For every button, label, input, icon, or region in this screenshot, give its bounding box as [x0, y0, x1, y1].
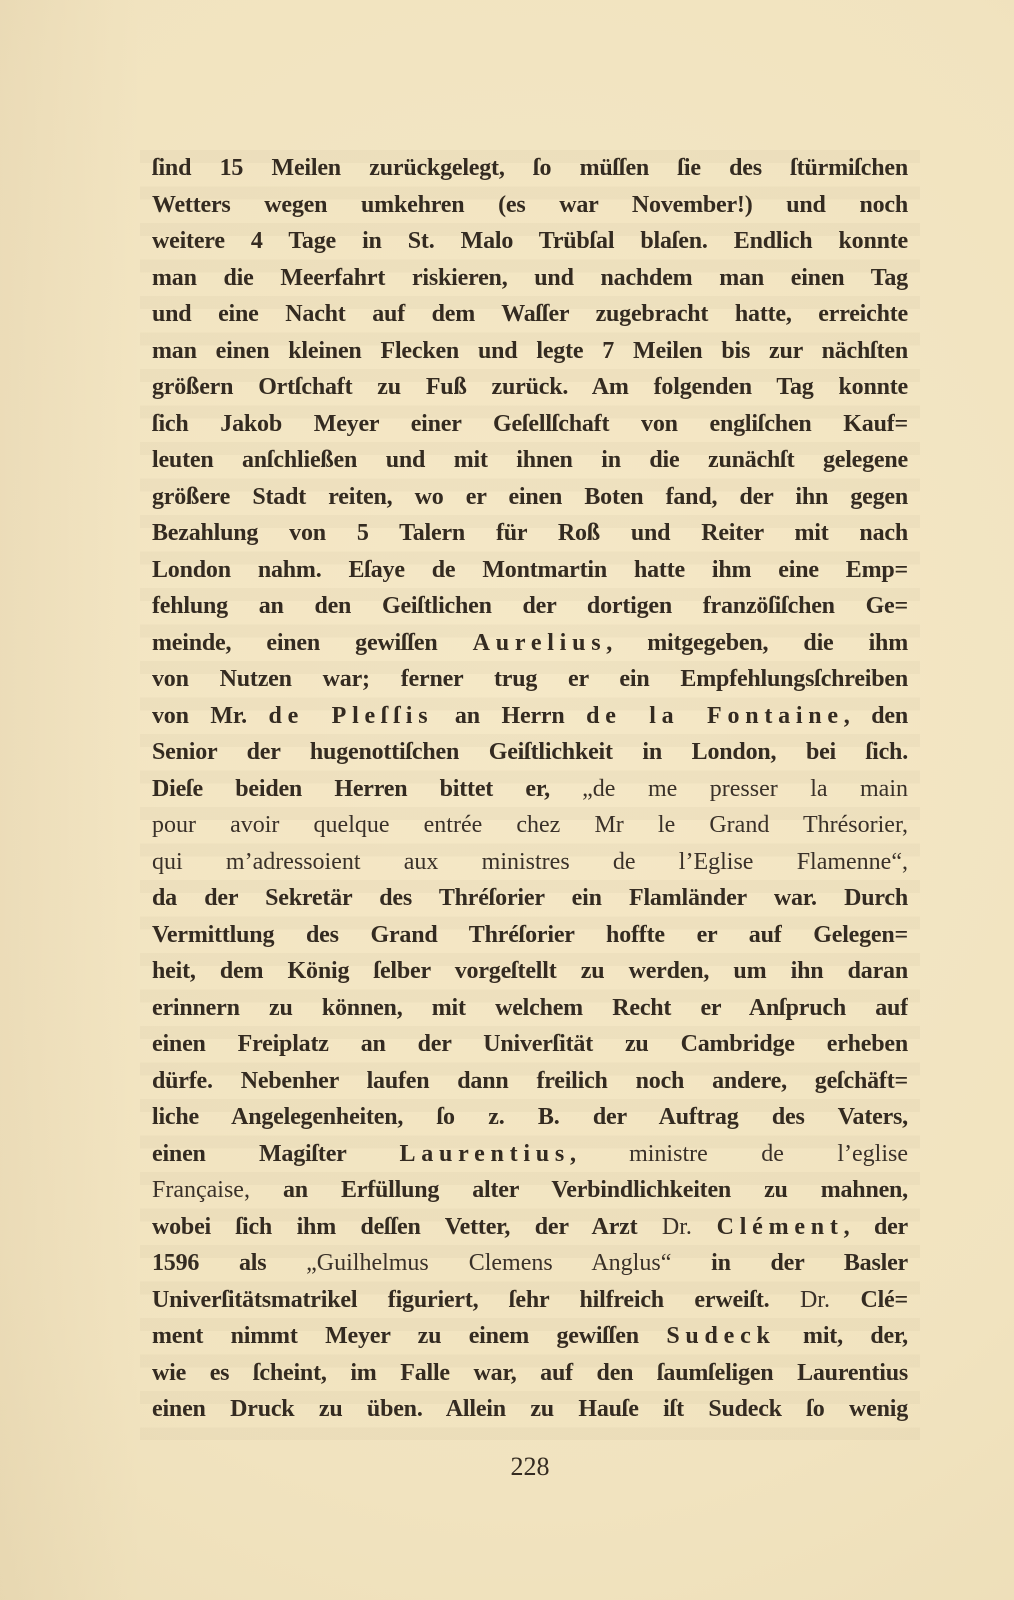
text-segment-fraktur: mit, der, — [776, 1323, 908, 1349]
text-line: liche Angelegenheiten, ſo z. B. der Auft… — [152, 1099, 908, 1136]
text-segment-fraktur: wie es ſcheint, im Falle war, auf den ſa… — [152, 1360, 908, 1386]
text-segment-fraktur: dürfe. Nebenher laufen dann freilich noc… — [152, 1068, 908, 1094]
text-segment-fraktur: ment nimmt Meyer zu einem gewiſſen — [152, 1323, 666, 1349]
text-line: Française, an Erfüllung alter Verbindlic… — [152, 1172, 908, 1209]
text-segment-fraktur: Wetters wegen umkehren (es war November!… — [152, 192, 908, 218]
text-line: pour avoir quelque entrée chez Mr le Gra… — [152, 807, 908, 844]
text-segment-fraktur: meinde, einen gewiſſen — [152, 630, 473, 656]
text-line: 1596 als „Guilhelmus Clemens Anglus“ in … — [152, 1245, 908, 1282]
text-line: da der Sekretär des Thréſorier ein Flaml… — [152, 880, 908, 917]
text-line: und eine Nacht auf dem Waſſer zugebracht… — [152, 296, 908, 333]
text-line: einen Druck zu üben. Allein zu Hauſe iſt… — [152, 1391, 908, 1428]
text-line: Dieſe beiden Herren bittet er, „de me pr… — [152, 771, 908, 808]
text-segment-spaced-name: de Pleſſis — [269, 703, 434, 729]
text-segment-fraktur: einen Magiſter — [152, 1141, 399, 1167]
book-page: ſind 15 Meilen zurückgelegt, ſo müſſen ſ… — [0, 0, 1014, 1600]
text-line: man einen kleinen Flecken und legte 7 Me… — [152, 333, 908, 370]
text-segment-fraktur: , den — [844, 703, 908, 729]
text-segment-fraktur: , — [570, 1141, 629, 1167]
text-line: von Nutzen war; ferner trug er ein Empfe… — [152, 661, 908, 698]
text-segment-spaced-name: Sudeck — [666, 1323, 775, 1349]
text-line: Senior der hugenottiſchen Geiſtlichkeit … — [152, 734, 908, 771]
text-segment-antiqua: ministre de l’eglise — [629, 1141, 908, 1167]
text-segment-antiqua: pour avoir quelque entrée chez Mr le Gra… — [152, 812, 908, 838]
text-segment-fraktur: wobei ſich ihm deſſen Vetter, der Arzt — [152, 1214, 662, 1240]
text-segment-fraktur: da der Sekretär des Thréſorier ein Flaml… — [152, 885, 908, 911]
text-line: Wetters wegen umkehren (es war November!… — [152, 187, 908, 224]
text-line: man die Meerfahrt riskieren, und nachdem… — [152, 260, 908, 297]
text-line: wobei ſich ihm deſſen Vetter, der Arzt D… — [152, 1209, 908, 1246]
text-segment-fraktur: London nahm. Eſaye de Montmartin hatte i… — [152, 557, 908, 583]
text-segment-antiqua: qui m’adressoient aux ministres de l’Egl… — [152, 849, 908, 875]
text-segment-fraktur: an Herrn — [433, 703, 586, 729]
text-line: London nahm. Eſaye de Montmartin hatte i… — [152, 552, 908, 589]
text-line: ſind 15 Meilen zurückgelegt, ſo müſſen ſ… — [152, 150, 908, 187]
text-segment-fraktur: an Erfüllung alter Verbindlichkeiten zu … — [250, 1177, 908, 1203]
text-segment-fraktur: Dieſe beiden Herren bittet er, — [152, 776, 582, 802]
text-segment-spaced-name: Laurentius — [399, 1141, 570, 1167]
text-segment-fraktur: Senior der hugenottiſchen Geiſtlichkeit … — [152, 739, 908, 765]
text-segment-fraktur: Clé= — [830, 1287, 908, 1313]
text-segment-fraktur: man die Meerfahrt riskieren, und nachdem… — [152, 265, 908, 291]
text-line: fehlung an den Geiſtlichen der dortigen … — [152, 588, 908, 625]
text-line: Bezahlung von 5 Talern für Roß und Reite… — [152, 515, 908, 552]
text-segment-fraktur: und eine Nacht auf dem Waſſer zugebracht… — [152, 301, 908, 327]
text-line: größern Ortſchaft zu Fuß zurück. Am folg… — [152, 369, 908, 406]
text-segment-fraktur: fehlung an den Geiſtlichen der dortigen … — [152, 593, 908, 619]
text-segment-fraktur: größere Stadt reiten, wo er einen Boten … — [152, 484, 908, 510]
text-line: leuten anſchließen und mit ihnen in die … — [152, 442, 908, 479]
text-segment-spaced-name: Clément — [717, 1214, 844, 1240]
text-segment-fraktur: 1596 als — [152, 1250, 306, 1276]
text-line: einen Magiſter Laurentius, ministre de l… — [152, 1136, 908, 1173]
text-segment-antiqua: „Guilhelmus Clemens Anglus“ — [306, 1250, 671, 1276]
text-line: erinnern zu können, mit welchem Recht er… — [152, 990, 908, 1027]
text-segment-fraktur: erinnern zu können, mit welchem Recht er… — [152, 995, 908, 1021]
text-line: meinde, einen gewiſſen Aurelius, mitgege… — [152, 625, 908, 662]
text-segment-fraktur: liche Angelegenheiten, ſo z. B. der Auft… — [152, 1104, 908, 1130]
text-segment-fraktur: größern Ortſchaft zu Fuß zurück. Am folg… — [152, 374, 908, 400]
text-line: heit, dem König ſelber vorgeſtellt zu we… — [152, 953, 908, 990]
text-line: ment nimmt Meyer zu einem gewiſſen Sudec… — [152, 1318, 908, 1355]
text-segment-fraktur: ſind 15 Meilen zurückgelegt, ſo müſſen ſ… — [152, 155, 908, 181]
text-line: dürfe. Nebenher laufen dann freilich noc… — [152, 1063, 908, 1100]
text-segment-fraktur: einen Freiplatz an der Univerſität zu Ca… — [152, 1031, 908, 1057]
text-segment-fraktur: leuten anſchließen und mit ihnen in die … — [152, 447, 908, 473]
text-segment-antiqua: Dr. — [662, 1214, 717, 1240]
text-segment-antiqua: „de me presser la main — [582, 776, 908, 802]
text-segment-antiqua: Dr. — [800, 1287, 830, 1313]
text-segment-spaced-name: de la Fontaine — [586, 703, 844, 729]
text-line: ſich Jakob Meyer einer Geſellſchaft von … — [152, 406, 908, 443]
text-line: weitere 4 Tage in St. Malo Trübſal blaſe… — [152, 223, 908, 260]
text-segment-fraktur: Univerſitätsmatrikel figuriert, ſehr hil… — [152, 1287, 800, 1313]
text-segment-fraktur: Vermittlung des Grand Thréſorier hoffte … — [152, 922, 908, 948]
text-line: von Mr. de Pleſſis an Herrn de la Fontai… — [152, 698, 908, 735]
text-line: Univerſitätsmatrikel figuriert, ſehr hil… — [152, 1282, 908, 1319]
text-line: wie es ſcheint, im Falle war, auf den ſa… — [152, 1355, 908, 1392]
text-segment-fraktur: man einen kleinen Flecken und legte 7 Me… — [152, 338, 908, 364]
page-text-block: ſind 15 Meilen zurückgelegt, ſo müſſen ſ… — [152, 150, 908, 1428]
text-segment-fraktur: von Mr. — [152, 703, 269, 729]
text-segment-fraktur: weitere 4 Tage in St. Malo Trübſal blaſe… — [152, 228, 908, 254]
text-segment-fraktur: einen Druck zu üben. Allein zu Hauſe iſt… — [152, 1396, 908, 1422]
text-segment-fraktur: , der — [844, 1214, 908, 1240]
text-line: qui m’adressoient aux ministres de l’Egl… — [152, 844, 908, 881]
text-line: größere Stadt reiten, wo er einen Boten … — [152, 479, 908, 516]
text-segment-fraktur: ſich Jakob Meyer einer Geſellſchaft von … — [152, 411, 908, 437]
page-number: 228 — [152, 1452, 908, 1482]
text-segment-fraktur: von Nutzen war; ferner trug er ein Empfe… — [152, 666, 908, 692]
text-line: Vermittlung des Grand Thréſorier hoffte … — [152, 917, 908, 954]
text-segment-fraktur: Bezahlung von 5 Talern für Roß und Reite… — [152, 520, 908, 546]
text-segment-fraktur: in der Basler — [671, 1250, 908, 1276]
text-line: einen Freiplatz an der Univerſität zu Ca… — [152, 1026, 908, 1063]
text-segment-fraktur: heit, dem König ſelber vorgeſtellt zu we… — [152, 958, 908, 984]
text-segment-spaced-name: Aurelius — [473, 630, 607, 656]
text-segment-antiqua: Française, — [152, 1177, 250, 1203]
text-segment-fraktur: , mitgegeben, die ihm — [606, 630, 908, 656]
